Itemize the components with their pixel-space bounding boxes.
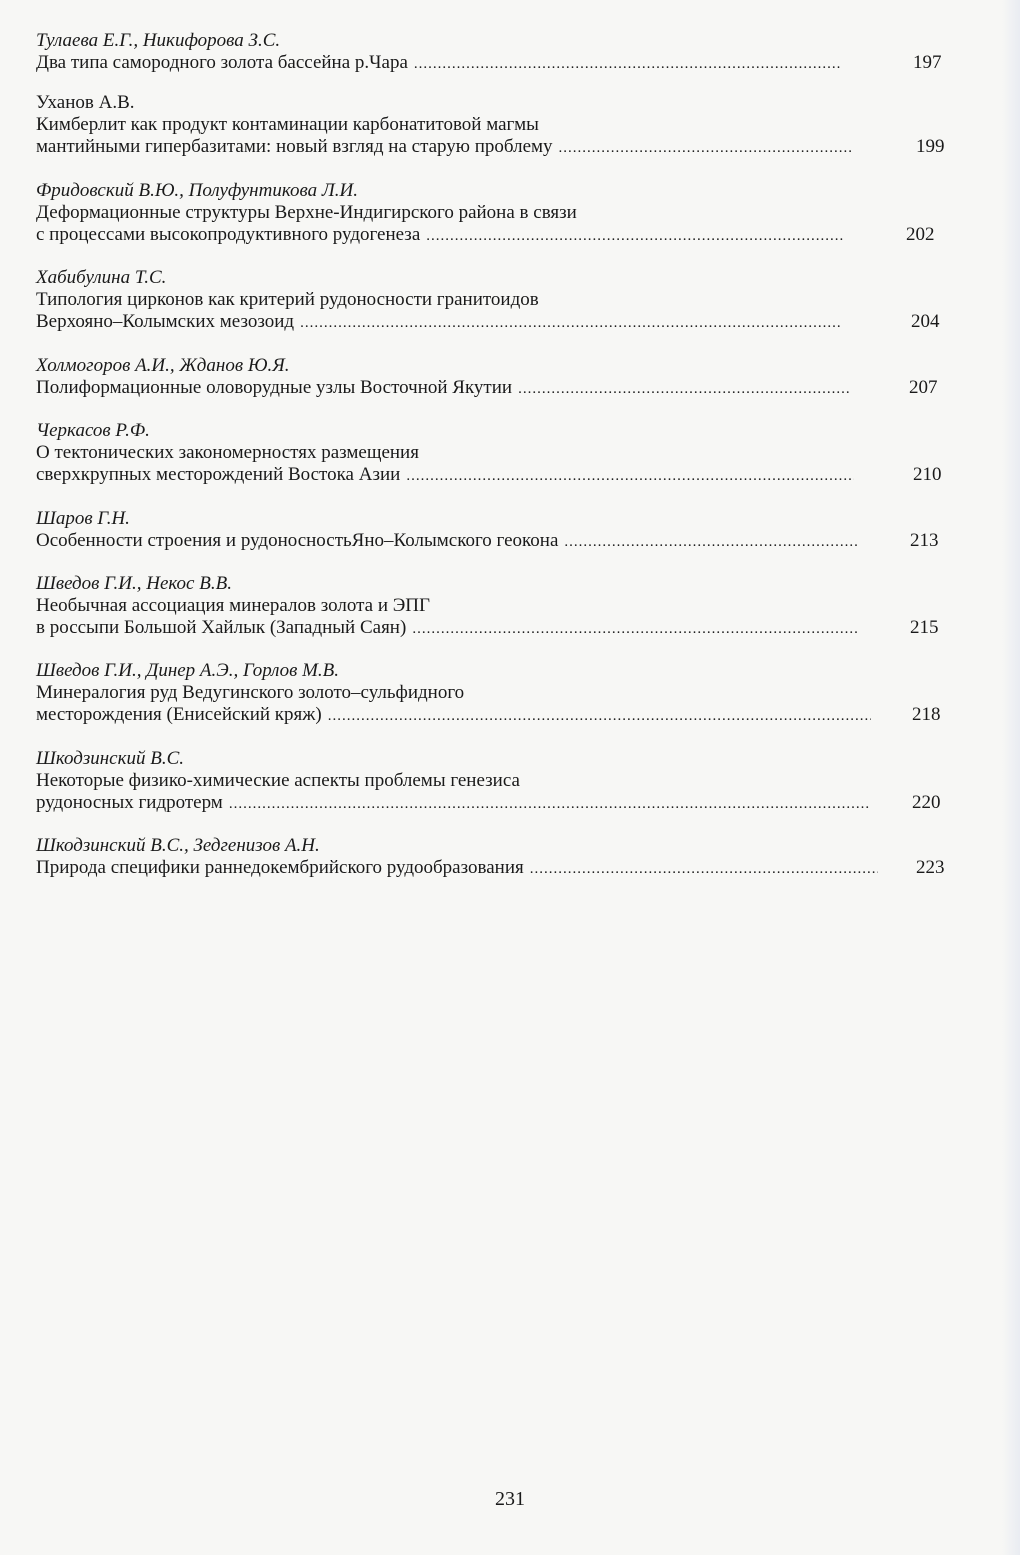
toc-entry-page[interactable]: 197 bbox=[913, 52, 942, 74]
toc-entry: Шкодзинский В.С.Некоторые физико-химичес… bbox=[36, 748, 956, 814]
toc-entry-title-text: рудоносных гидротерм bbox=[36, 792, 223, 814]
toc-entry-title-line: Природа специфики раннедокембрийского ру… bbox=[36, 857, 956, 879]
toc-entry: Холмогоров А.И., Жданов Ю.Я.Полиформацио… bbox=[36, 355, 956, 399]
toc-entry-authors: Хабибулина Т.С. bbox=[36, 267, 956, 289]
toc-entry-title-text: Верхояно–Колымских мезозоид bbox=[36, 311, 294, 333]
toc-entry-authors: Шведов Г.И., Динер А.Э., Горлов М.В. bbox=[36, 660, 956, 682]
toc-entry-title-text: месторождения (Енисейский кряж) bbox=[36, 704, 322, 726]
toc-entry-title-text: Особенности строения и рудоносностьЯно–К… bbox=[36, 530, 558, 552]
toc-entry-authors: Фридовский В.Ю., Полуфунтикова Л.И. bbox=[36, 180, 956, 202]
toc-entry-title-line: Типология цирконов как критерий рудоносн… bbox=[36, 289, 956, 311]
leader-dots: ........................................… bbox=[518, 378, 851, 400]
toc-entry-title-line: Два типа самородного золота бассейна р.Ч… bbox=[36, 52, 956, 74]
toc-entry-title-line: рудоносных гидротерм....................… bbox=[36, 792, 956, 814]
toc-entry-title-line: Полиформационные оловорудные узлы Восточ… bbox=[36, 377, 956, 399]
toc-entry-title-text: мантийными гипербазитами: новый взгляд н… bbox=[36, 136, 553, 158]
toc-entry: Черкасов Р.Ф.О тектонических закономерно… bbox=[36, 420, 956, 486]
toc-entry-title-line: Верхояно–Колымских мезозоид.............… bbox=[36, 311, 956, 333]
leader-dots: ........................................… bbox=[300, 312, 841, 334]
toc-entry-authors: Уханов А.В. bbox=[36, 92, 956, 114]
page-edge-shadow bbox=[1002, 0, 1020, 1555]
toc-entry-page[interactable]: 207 bbox=[909, 377, 938, 399]
leader-dots: ........................................… bbox=[530, 858, 878, 880]
toc-entry-title-line: Некоторые физико-химические аспекты проб… bbox=[36, 770, 956, 792]
leader-dots: ........................................… bbox=[412, 618, 858, 640]
toc-entry-title-line: Деформационные структуры Верхне-Индигирс… bbox=[36, 202, 956, 224]
toc-entry-page[interactable]: 210 bbox=[913, 464, 942, 486]
toc-entry-title-line: с процессами высокопродуктивного рудоген… bbox=[36, 224, 956, 246]
toc-entry-title-line: в россыпи Большой Хайлык (Западный Саян)… bbox=[36, 617, 956, 639]
leader-dots: ........................................… bbox=[328, 705, 871, 727]
toc-entry-title-text: сверхкрупных месторождений Востока Азии bbox=[36, 464, 400, 486]
leader-dots: ........................................… bbox=[414, 53, 841, 75]
toc-entry-page[interactable]: 204 bbox=[911, 311, 940, 333]
toc-entry-title-line: мантийными гипербазитами: новый взгляд н… bbox=[36, 136, 956, 158]
leader-dots: ........................................… bbox=[426, 225, 844, 247]
page-number: 231 bbox=[0, 1488, 1020, 1511]
toc-entry-page[interactable]: 220 bbox=[912, 792, 941, 814]
toc-entry: Хабибулина Т.С.Типология цирконов как кр… bbox=[36, 267, 956, 333]
toc-entry-title-line: О тектонических закономерностях размещен… bbox=[36, 442, 956, 464]
toc-entry-title-line: Минералогия руд Ведугинского золото–суль… bbox=[36, 682, 956, 704]
toc-entry-title-line: сверхкрупных месторождений Востока Азии.… bbox=[36, 464, 956, 486]
leader-dots: ........................................… bbox=[229, 793, 871, 815]
toc-entry-title-line: Необычная ассоциация минералов золота и … bbox=[36, 595, 956, 617]
toc-entry-title-text: в россыпи Большой Хайлык (Западный Саян) bbox=[36, 617, 406, 639]
toc-entry-page[interactable]: 223 bbox=[916, 857, 945, 879]
toc-entry-page[interactable]: 215 bbox=[910, 617, 939, 639]
toc-entry-title-text: Два типа самородного золота бассейна р.Ч… bbox=[36, 52, 408, 74]
toc-entry-title-text: с процессами высокопродуктивного рудоген… bbox=[36, 224, 420, 246]
toc-entry-title-line: месторождения (Енисейский кряж).........… bbox=[36, 704, 956, 726]
toc-entry-authors: Черкасов Р.Ф. bbox=[36, 420, 956, 442]
toc-entry: Уханов А.В.Кимберлит как продукт контами… bbox=[36, 92, 956, 158]
toc-entry-authors: Шкодзинский В.С. bbox=[36, 748, 956, 770]
leader-dots: ........................................… bbox=[559, 137, 851, 159]
toc-entry: Шведов Г.И., Динер А.Э., Горлов М.В.Мине… bbox=[36, 660, 956, 726]
toc-entry-title-text: Полиформационные оловорудные узлы Восточ… bbox=[36, 377, 512, 399]
toc-entry-page[interactable]: 202 bbox=[906, 224, 935, 246]
toc-entry-authors: Тулаева Е.Г., Никифорова З.С. bbox=[36, 30, 956, 52]
toc-entry: Фридовский В.Ю., Полуфунтикова Л.И.Дефор… bbox=[36, 180, 956, 246]
toc-entry-authors: Шведов Г.И., Некос В.В. bbox=[36, 573, 956, 595]
toc-entry-title-line: Кимберлит как продукт контаминации карбо… bbox=[36, 114, 956, 136]
toc-entry-page[interactable]: 199 bbox=[916, 136, 945, 158]
toc-entry: Шаров Г.Н.Особенности строения и рудонос… bbox=[36, 508, 956, 552]
toc-entry: Шведов Г.И., Некос В.В.Необычная ассоциа… bbox=[36, 573, 956, 639]
toc-entry-authors: Холмогоров А.И., Жданов Ю.Я. bbox=[36, 355, 956, 377]
toc-entry-page[interactable]: 218 bbox=[912, 704, 941, 726]
toc-entry-title-line: Особенности строения и рудоносностьЯно–К… bbox=[36, 530, 956, 552]
toc-entry: Шкодзинский В.С., Зедгенизов А.Н.Природа… bbox=[36, 835, 956, 879]
toc-entry-authors: Шкодзинский В.С., Зедгенизов А.Н. bbox=[36, 835, 956, 857]
toc-entry-page[interactable]: 213 bbox=[910, 530, 939, 552]
leader-dots: ........................................… bbox=[564, 531, 858, 553]
toc-entry-title-text: Природа специфики раннедокембрийского ру… bbox=[36, 857, 524, 879]
leader-dots: ........................................… bbox=[406, 465, 854, 487]
toc-entry: Тулаева Е.Г., Никифорова З.С.Два типа са… bbox=[36, 30, 956, 74]
toc-entry-authors: Шаров Г.Н. bbox=[36, 508, 956, 530]
